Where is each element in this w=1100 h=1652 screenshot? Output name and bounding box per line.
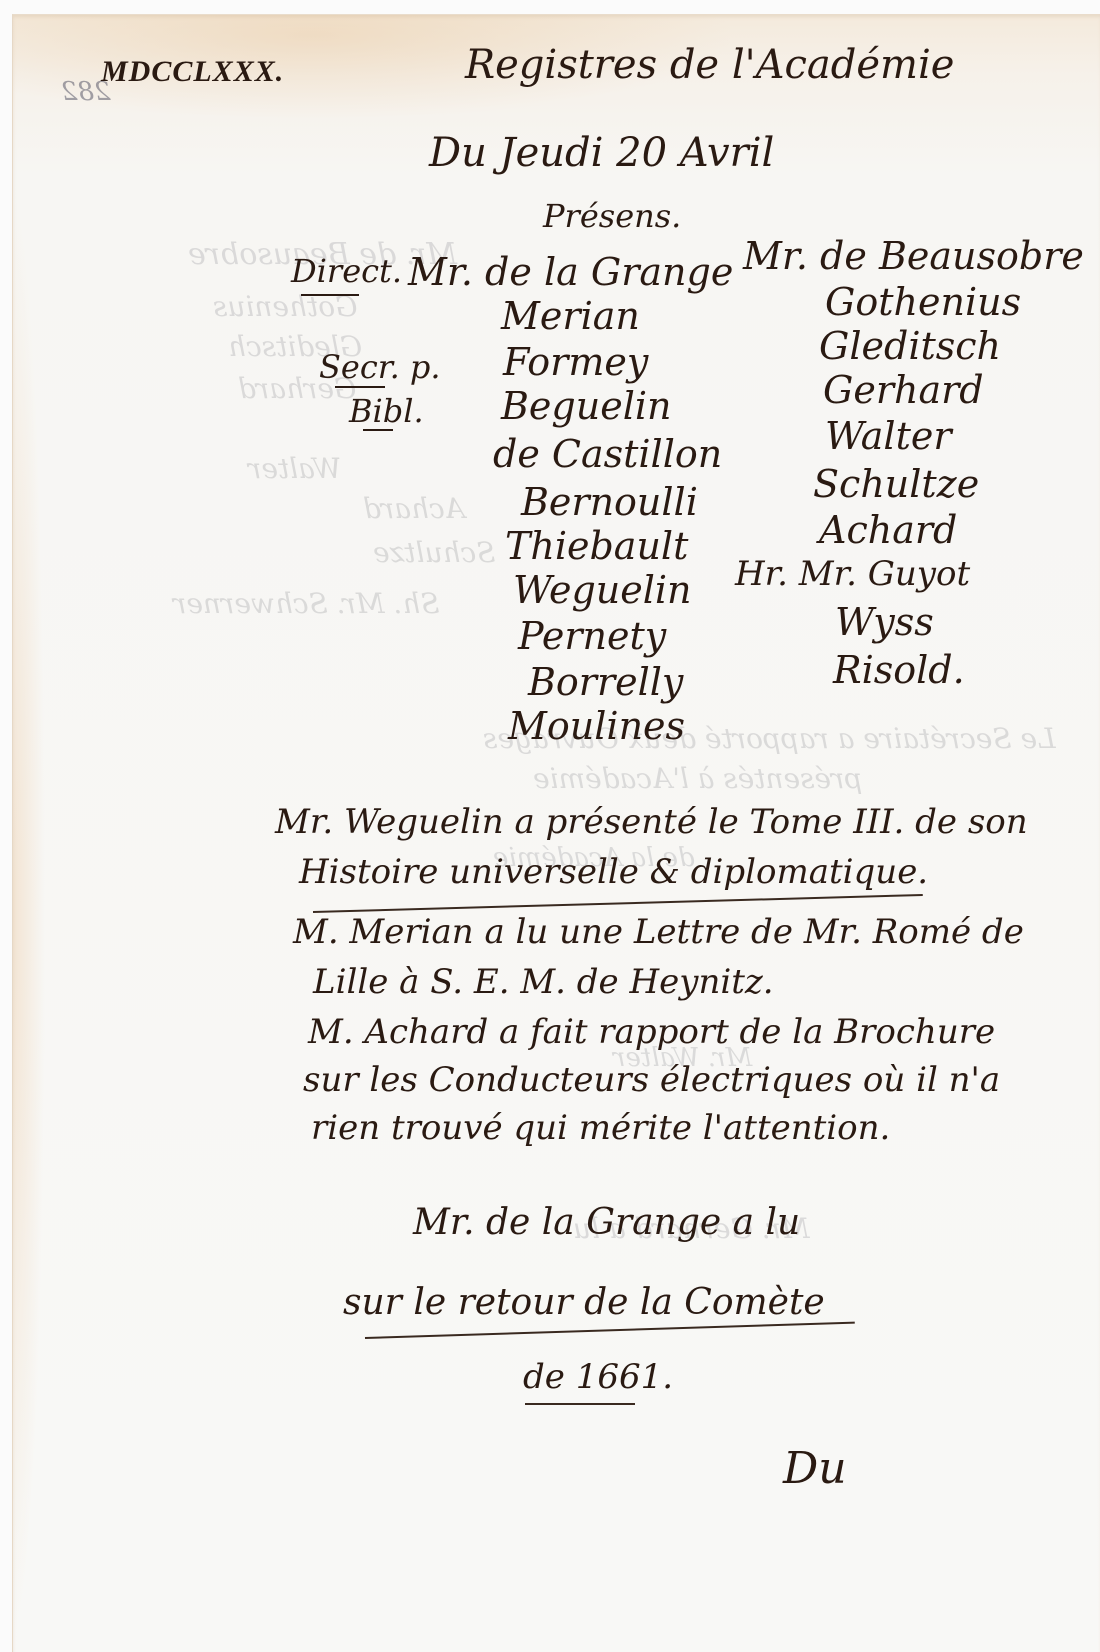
catchword: Du — [783, 1447, 847, 1491]
minute-line: Mr. de la Grange a lu — [413, 1205, 800, 1241]
bleed-through-line: Schultze — [373, 539, 495, 567]
bleed-through-line: Sh. Mr. Schwerner — [173, 590, 440, 618]
role-underline — [363, 429, 393, 431]
register-title: Registres de l'Académie — [465, 45, 954, 85]
title-underline — [365, 1322, 855, 1339]
member-name: Mr. de la Grange — [408, 253, 733, 291]
entry-underline — [313, 894, 923, 913]
presens-heading: Présens. — [543, 200, 681, 232]
member-name: Wyss — [835, 603, 934, 641]
bleed-through-line: Gothenius — [213, 293, 357, 321]
role-underline — [335, 386, 385, 388]
member-name: Risold. — [833, 651, 965, 689]
member-name: Merian — [501, 297, 640, 335]
member-name: Achard — [819, 511, 957, 549]
role-underline — [301, 294, 359, 296]
minute-line: M. Achard a fait rapport de la Brochure — [308, 1015, 995, 1049]
member-name: Beguelin — [501, 387, 671, 425]
bleed-through-line: Achard — [363, 495, 465, 523]
minute-line: Histoire universelle & diplomatique. — [299, 855, 928, 889]
member-name: Moulines — [508, 707, 685, 745]
minute-line: Mr. Weguelin a présenté le Tome III. de … — [275, 805, 1028, 839]
role-librarian: Bibl. — [349, 395, 424, 427]
minute-line: rien trouvé qui mérite l'attention. — [311, 1111, 890, 1145]
member-name: Pernety — [518, 617, 666, 655]
bleed-through-line: présentés à l'Académie — [533, 765, 862, 793]
member-name: Bernoulli — [521, 483, 698, 521]
minute-line: Lille à S. E. M. de Heynitz. — [313, 965, 774, 999]
member-name: Gerhard — [823, 371, 984, 409]
bleed-through-line: Walter — [248, 455, 341, 483]
session-date: Du Jeudi 20 Avril — [429, 133, 774, 173]
member-name: Hr. Mr. Guyot — [735, 557, 970, 591]
minute-line: M. Merian a lu une Lettre de Mr. Romé de — [293, 915, 1024, 949]
member-name: Mr. de Beausobre — [743, 237, 1084, 275]
member-name: Weguelin — [513, 571, 692, 609]
minute-line: de 1661. — [523, 1360, 673, 1394]
member-name: Walter — [825, 417, 952, 455]
member-name: Gleditsch — [819, 327, 1001, 365]
title-underline — [525, 1403, 635, 1405]
manuscript-page: Mr. de Beausobre Gothenius Gleditsch Ger… — [12, 14, 1100, 1652]
year-roman: MDCCLXXX. — [101, 57, 284, 87]
member-name: Formey — [503, 343, 648, 381]
member-name: Schultze — [813, 465, 979, 503]
minute-line: sur les Conducteurs électriques où il n'… — [303, 1063, 1000, 1097]
role-director: Direct. — [291, 255, 402, 287]
member-name: Gothenius — [825, 283, 1021, 321]
role-secretary: Secr. p. — [319, 351, 441, 383]
member-name: Borrelly — [528, 663, 683, 701]
member-name: de Castillon — [493, 435, 722, 473]
minute-line: sur le retour de la Comète — [343, 1285, 825, 1321]
member-name: Thiebault — [505, 527, 688, 565]
